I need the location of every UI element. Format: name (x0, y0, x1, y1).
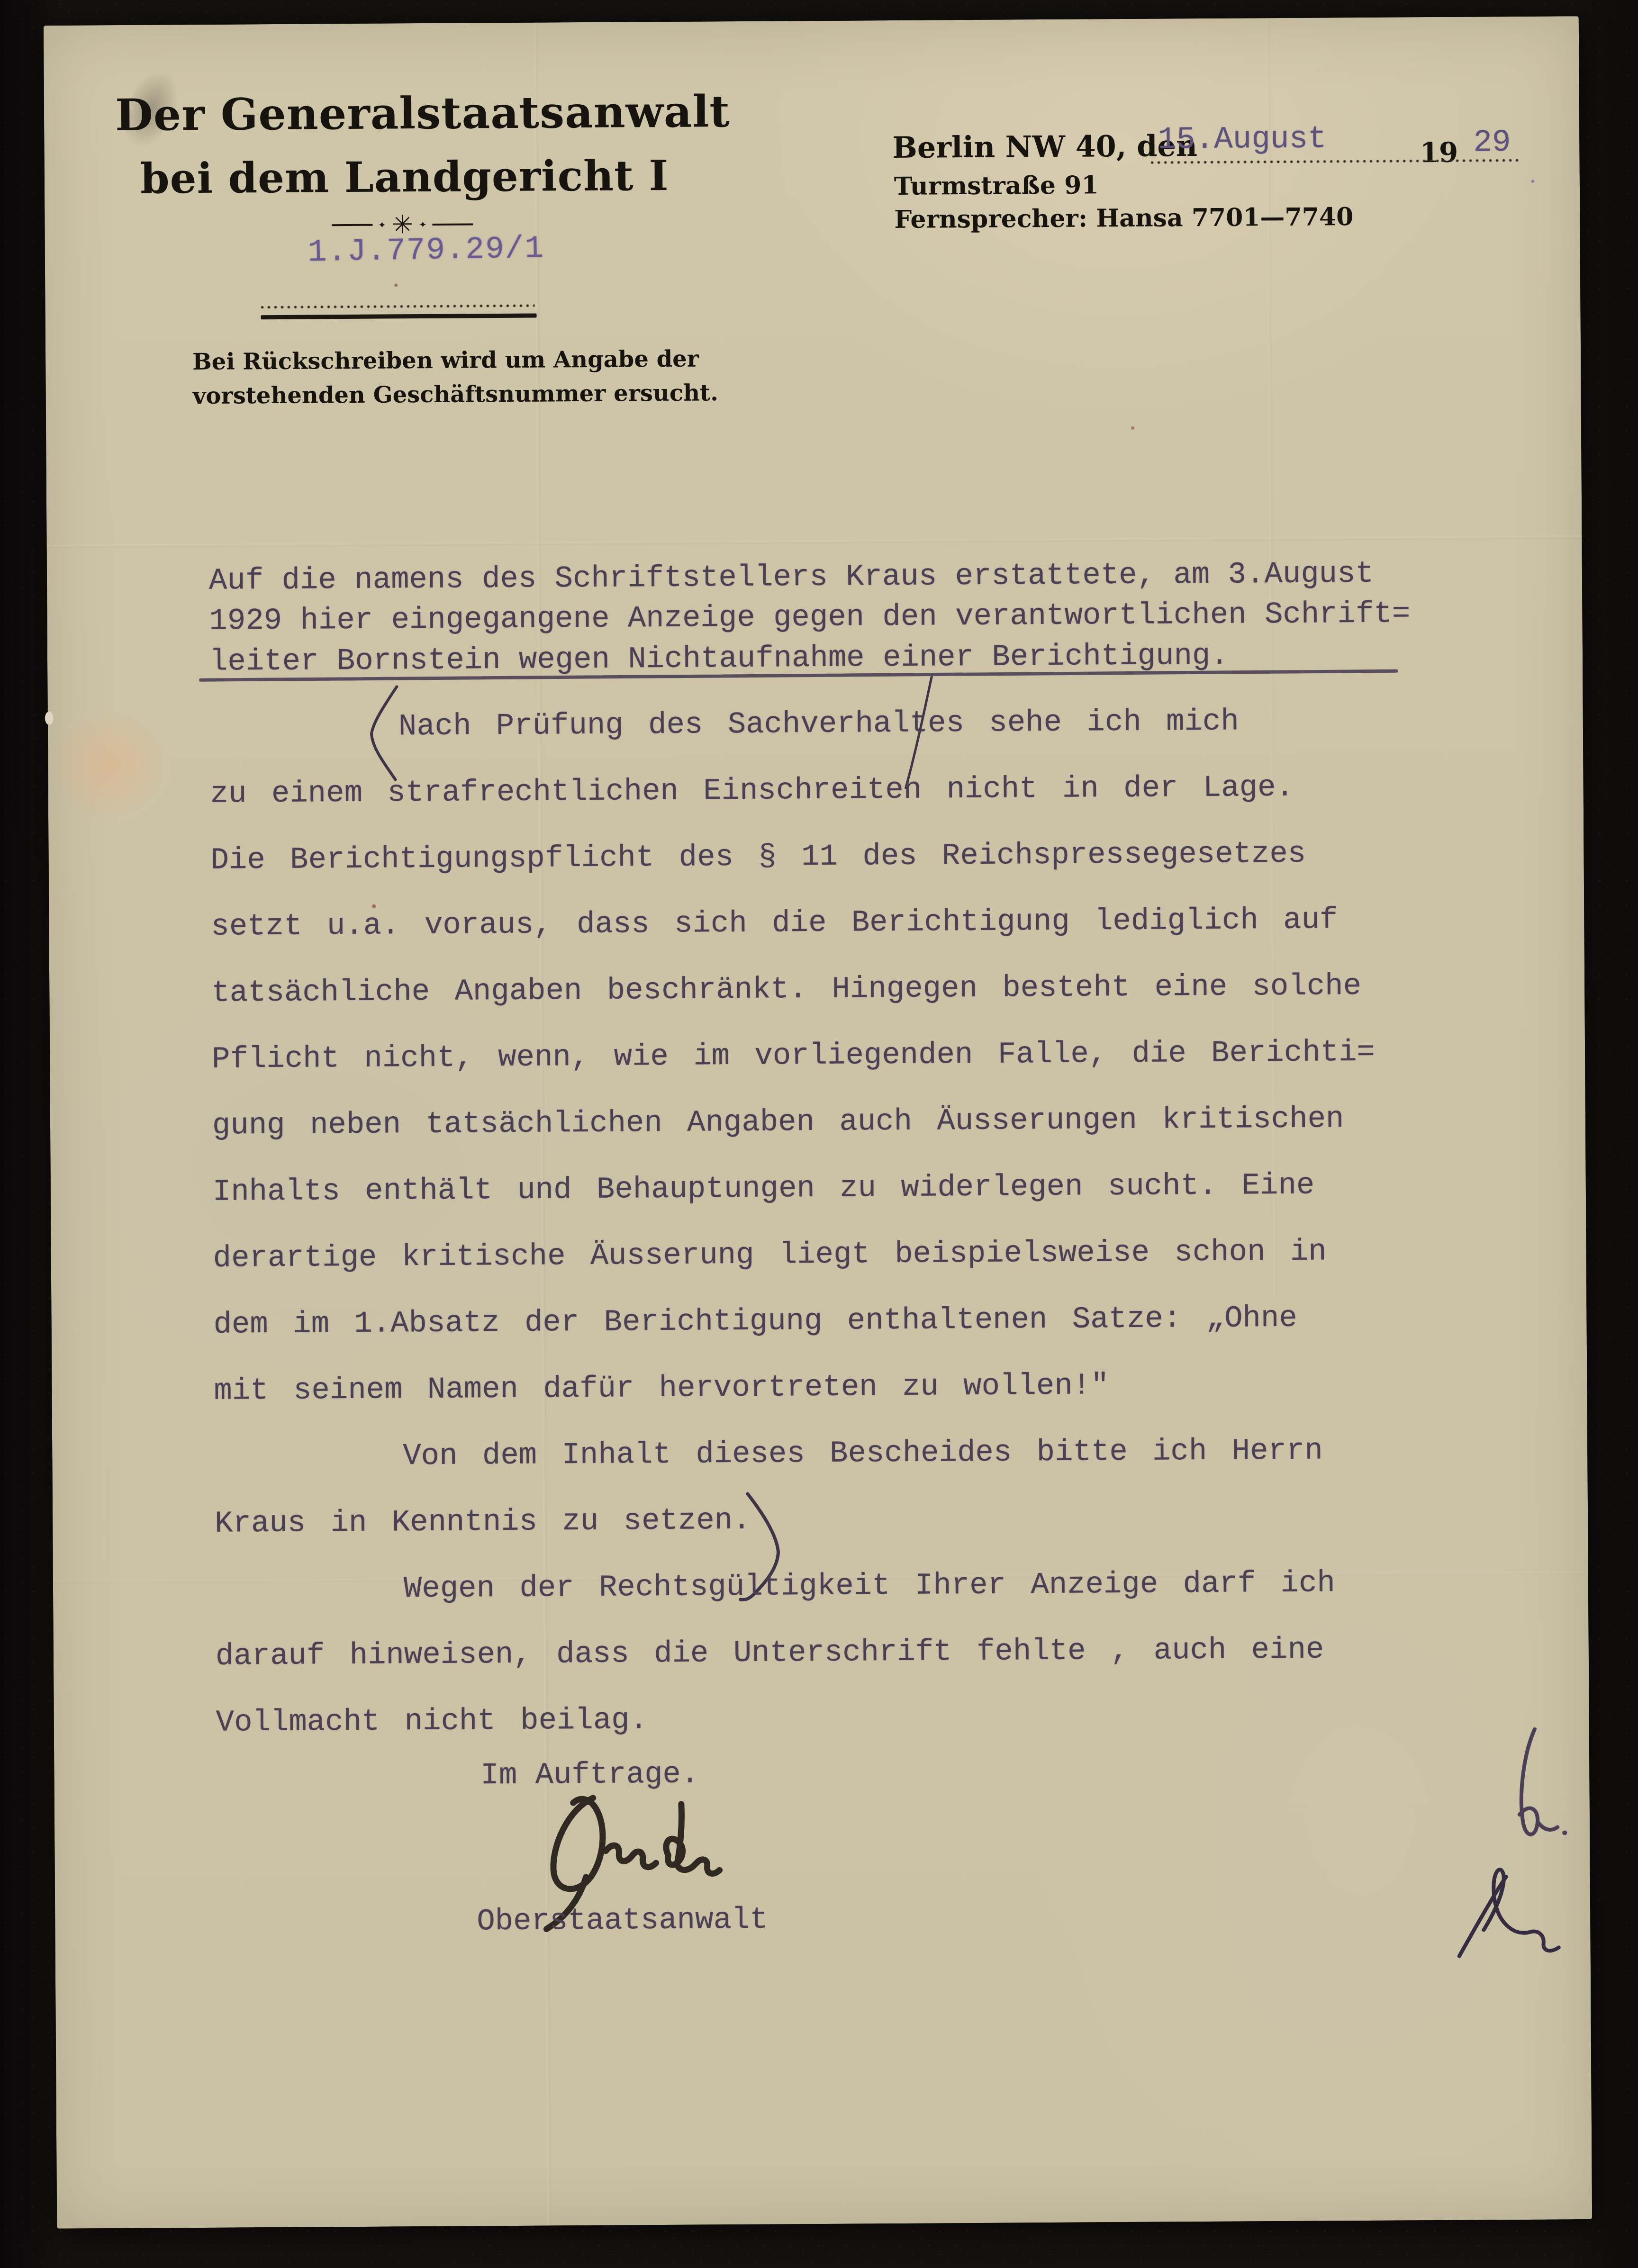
handwritten-paraph-2 (1450, 1853, 1569, 1973)
body-line: Inhalts enthält und Behauptungen zu wide… (213, 1169, 1315, 1210)
body-line: Pflicht nicht, wenn, wie im vorliegenden… (212, 1036, 1375, 1077)
paper-chip (45, 712, 54, 725)
ink-speck (372, 904, 376, 908)
ornament-diamond-icon: ✦ (378, 220, 386, 230)
ornament-rule-left (332, 224, 372, 226)
intro-line: Auf die namens des Schriftstellers Kraus… (209, 557, 1374, 598)
street-address: Turmstraße 91 (894, 171, 1099, 201)
handwritten-open-bracket (353, 681, 406, 786)
phone-line: Fernsprecher: Hansa 7701—7740 (894, 202, 1353, 234)
body-line: Vollmacht nicht beilag. (216, 1703, 648, 1740)
sender-name-line2: bei dem Landgericht I (116, 153, 694, 201)
ornament-rule-right (433, 223, 473, 226)
year-printed: 19 (1420, 136, 1458, 169)
ornament-diamond-icon: ✦ (419, 220, 427, 229)
body-line: derartige kritische Äusserung liegt beis… (213, 1235, 1327, 1275)
body-line: zu einem strafrechtlichen Einschreiten n… (210, 771, 1294, 812)
ink-speck (1131, 426, 1134, 430)
body-line: gung neben tatsächlichen Angaben auch Äu… (212, 1102, 1344, 1143)
thick-rule (261, 314, 537, 320)
letterhead-note-line1: Bei Rückschreiben wird um Angabe der (192, 345, 699, 377)
date-dotted-rule (1151, 159, 1520, 164)
dotted-rule (261, 304, 534, 309)
place-date-printed: Berlin NW 40, den (892, 128, 1197, 165)
typed-year: 29 (1473, 125, 1511, 160)
body-line: darauf hinweisen, dass die Unterschrift … (216, 1633, 1324, 1673)
file-number-stamp: 1.J.779.29/1 (308, 231, 544, 270)
stain (24, 683, 195, 845)
body-line: Von dem Inhalt dieses Bescheides bitte i… (403, 1434, 1323, 1474)
body-line: tatsächliche Angaben beschränkt. Hingege… (211, 969, 1361, 1011)
letter-page: Der Generalstaatsanwalt bei dem Landgeri… (44, 16, 1592, 2229)
body-line: setzt u.a. voraus, dass sich die Bericht… (211, 903, 1338, 944)
fold-crease-horizontal (47, 535, 1582, 548)
handwritten-paraph-1 (1490, 1722, 1574, 1864)
signer-title: Oberstaatsanwalt (477, 1903, 768, 1939)
body-line: Wegen der Rechtsgültigkeit Ihrer Anzeige… (404, 1566, 1335, 1606)
letterhead-note-line2: vorstehenden Geschäftsnummer ersucht. (192, 379, 718, 410)
body-line: Die Berichtigungspflicht des § 11 des Re… (210, 837, 1306, 878)
body-line: Nach Prüfung des Sachverhaltes sehe ich … (398, 705, 1239, 744)
typed-date: 15.August (1158, 121, 1327, 157)
body-line: Kraus in Kenntnis zu setzen. (215, 1504, 751, 1541)
body-line: mit seinem Namen dafür hervortreten zu w… (214, 1369, 1109, 1409)
body-line: dem im 1.Absatz der Berichtigung enthalt… (213, 1301, 1297, 1342)
ink-speck (394, 283, 398, 287)
ink-speck-violet (1531, 180, 1534, 183)
sender-name-line1: Der Generalstaatsanwalt (115, 88, 694, 139)
intro-line: 1929 hier eingegangene Anzeige gegen den… (209, 597, 1410, 638)
